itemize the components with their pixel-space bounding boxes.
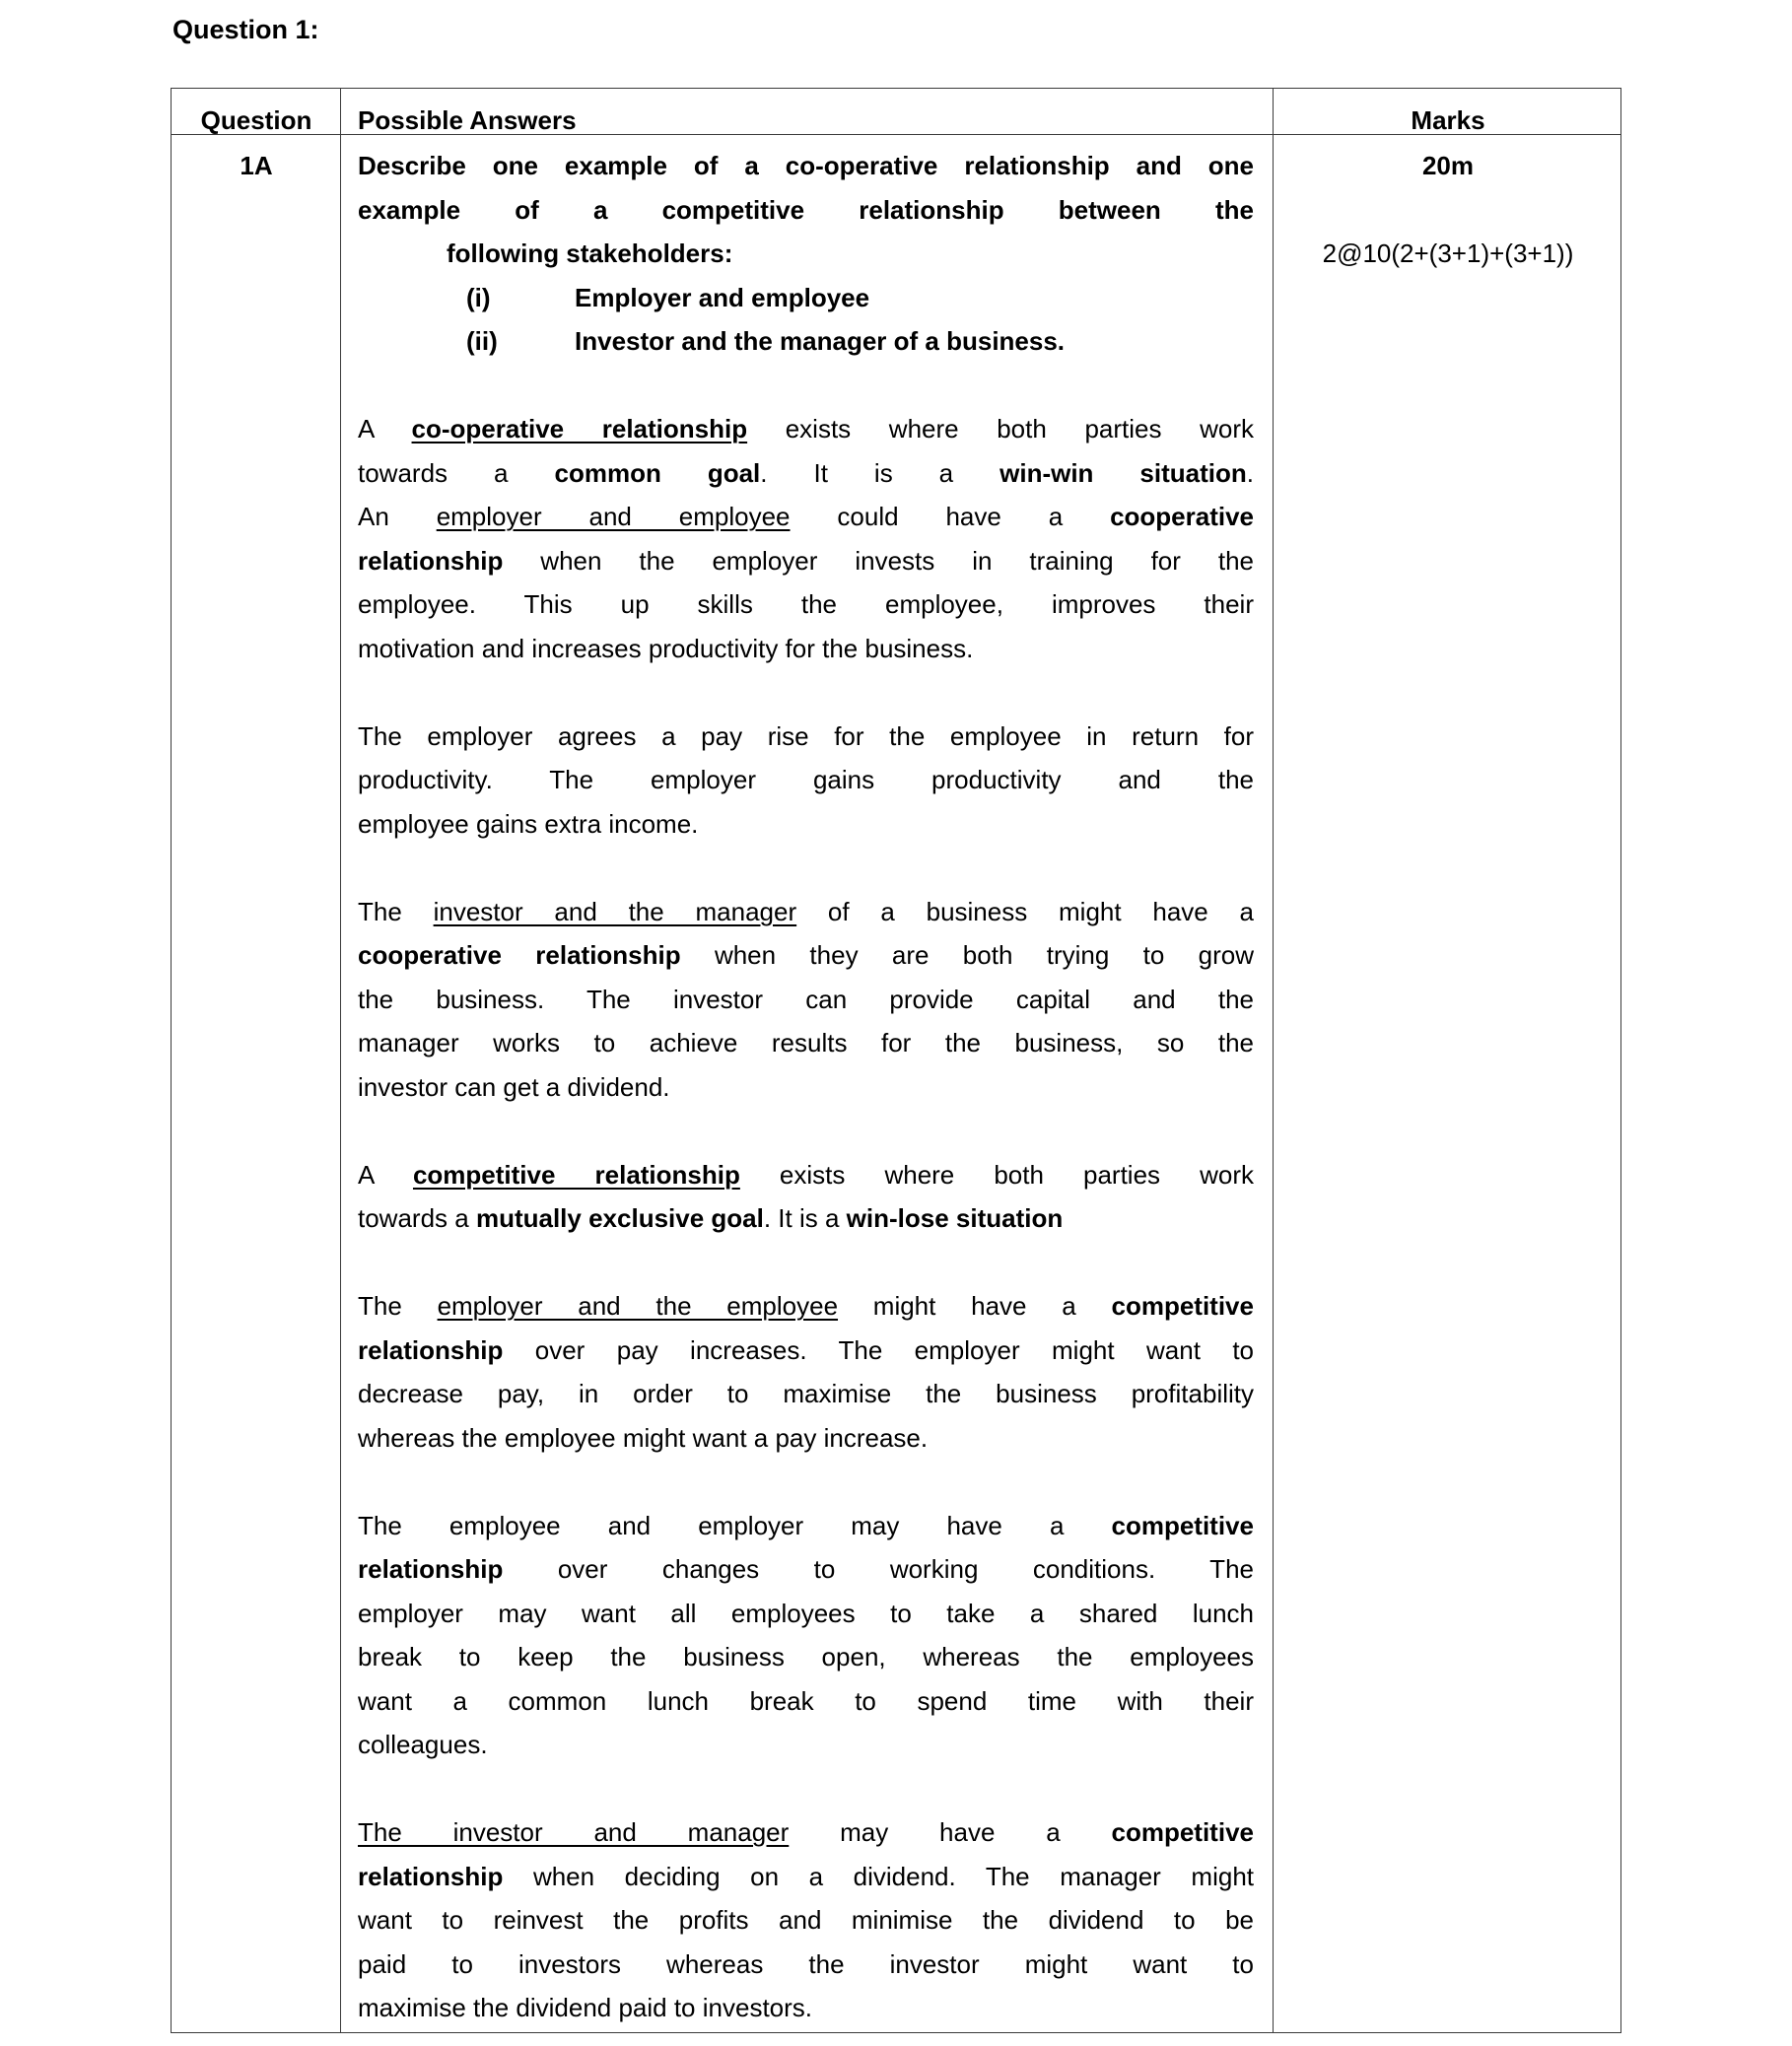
answer-line: relationship when the employer invests i… xyxy=(358,539,1254,583)
prompt-line: following stakeholders: xyxy=(358,232,1254,276)
answer-line: productivity. The employer gains product… xyxy=(358,758,1254,802)
underlined-text: employer and employee xyxy=(437,502,791,531)
text-run: may have a xyxy=(789,1817,1111,1847)
spacer xyxy=(358,846,1254,890)
column-divider xyxy=(340,89,341,2032)
answer-line: break to keep the business open, whereas… xyxy=(358,1635,1254,1679)
answer-line: An employer and employee could have a co… xyxy=(358,495,1254,539)
underlined-text: employer and the employee xyxy=(438,1291,838,1321)
text-run: . xyxy=(1247,458,1254,488)
text-run: could have a xyxy=(791,502,1111,531)
answer-line: The investor and manager may have a comp… xyxy=(358,1810,1254,1855)
bold-text: common goal xyxy=(554,458,760,488)
text-run: The xyxy=(358,897,434,926)
spacer xyxy=(358,1109,1254,1153)
text-run: of a business might have a xyxy=(796,897,1254,926)
bold-text: win-win situation xyxy=(999,458,1247,488)
spacer xyxy=(358,670,1254,715)
text-run: employee. This up skills the employee, i… xyxy=(358,589,1254,619)
text-run: exists where both parties work xyxy=(740,1160,1254,1190)
text-run: An xyxy=(358,502,437,531)
bold-text: mutually exclusive goal xyxy=(476,1203,764,1233)
answer-line: The employer agrees a pay rise for the e… xyxy=(358,715,1254,759)
answer-paragraph: The investor and the manager of a busine… xyxy=(358,890,1254,1110)
bold-text: competitive xyxy=(1112,1511,1255,1540)
list-text: Employer and employee xyxy=(575,276,869,320)
answer-line: want to reinvest the profits and minimis… xyxy=(358,1898,1254,1943)
text-run: towards a xyxy=(358,458,554,488)
answer-line: relationship over changes to working con… xyxy=(358,1547,1254,1592)
text-run: productivity. The employer gains product… xyxy=(358,765,1254,794)
answer-line: The employer and the employee might have… xyxy=(358,1284,1254,1329)
text-run: over changes to working conditions. The xyxy=(503,1554,1254,1584)
answer-line: towards a common goal. It is a win-win s… xyxy=(358,451,1254,496)
answer-line: paid to investors whereas the investor m… xyxy=(358,1943,1254,1987)
text-run: want to reinvest the profits and minimis… xyxy=(358,1905,1254,1935)
marks-cell: 20m 2@10(2+(3+1)+(3+1)) xyxy=(1274,144,1622,276)
text-run: manager works to achieve results for the… xyxy=(358,1028,1254,1057)
text-run: The xyxy=(358,1291,438,1321)
spacer xyxy=(358,1460,1254,1504)
bold-text: relationship xyxy=(358,1862,503,1891)
answer-line: motivation and increases productivity fo… xyxy=(358,627,1254,671)
text-run: want a common lunch break to spend time … xyxy=(358,1686,1254,1716)
underlined-text: investor and the manager xyxy=(434,897,797,926)
header-possible-answers: Possible Answers xyxy=(358,99,1254,143)
prompt-list-item: (ii) Investor and the manager of a busin… xyxy=(358,319,1254,364)
text-run: exists where both parties work xyxy=(747,414,1254,443)
text-run: towards a xyxy=(358,1203,476,1233)
answers-cell: Describe one example of a co-operative r… xyxy=(358,144,1254,2030)
text-run: break to keep the business open, whereas… xyxy=(358,1642,1254,1671)
text-run: employee gains extra income. xyxy=(358,809,698,839)
text-run: when deciding on a dividend. The manager… xyxy=(503,1862,1254,1891)
answer-line: towards a mutually exclusive goal. It is… xyxy=(358,1196,1254,1241)
answer-paragraph: A competitive relationship exists where … xyxy=(358,1153,1254,1241)
answer-line: relationship over pay increases. The emp… xyxy=(358,1329,1254,1373)
bold-text: competitive xyxy=(1111,1291,1254,1321)
text-run: might have a xyxy=(838,1291,1111,1321)
answer-line: investor can get a dividend. xyxy=(358,1065,1254,1110)
answer-line: decrease pay, in order to maximise the b… xyxy=(358,1372,1254,1416)
answer-paragraph: The employer agrees a pay rise for the e… xyxy=(358,715,1254,847)
bold-text: cooperative xyxy=(1110,502,1254,531)
answer-line: The employee and employer may have a com… xyxy=(358,1504,1254,1548)
answer-line: the business. The investor can provide c… xyxy=(358,978,1254,1022)
answer-line: manager works to achieve results for the… xyxy=(358,1021,1254,1065)
text-run: investor can get a dividend. xyxy=(358,1072,670,1102)
spacer xyxy=(1274,188,1622,233)
answer-line: The investor and the manager of a busine… xyxy=(358,890,1254,934)
text-run: . It is a xyxy=(764,1203,847,1233)
answer-paragraph: A co-operative relationship exists where… xyxy=(358,407,1254,670)
answer-paragraphs: A co-operative relationship exists where… xyxy=(358,407,1254,2030)
answer-line: A competitive relationship exists where … xyxy=(358,1153,1254,1197)
header-marks: Marks xyxy=(1274,99,1622,143)
underlined-text: The investor and manager xyxy=(358,1817,789,1847)
column-divider xyxy=(1273,89,1274,2032)
answer-paragraph: The investor and manager may have a comp… xyxy=(358,1810,1254,2030)
text-run: when they are both trying to grow xyxy=(681,940,1254,970)
text-run: colleagues. xyxy=(358,1730,488,1759)
text-run: over pay increases. The employer might w… xyxy=(503,1335,1254,1365)
text-run: when the employer invests in training fo… xyxy=(503,546,1254,576)
page-title: Question 1: xyxy=(172,8,319,51)
answer-line: colleagues. xyxy=(358,1723,1254,1767)
text-run: employer may want all employees to take … xyxy=(358,1599,1254,1628)
answer-line: want a common lunch break to spend time … xyxy=(358,1679,1254,1724)
bold-text: cooperative relationship xyxy=(358,940,681,970)
question-id: 1A xyxy=(172,144,341,188)
answer-line: employer may want all employees to take … xyxy=(358,1592,1254,1636)
bold-text: relationship xyxy=(358,1554,503,1584)
bold-text: relationship xyxy=(358,1335,503,1365)
text-run: A xyxy=(358,1160,413,1190)
text-run: A xyxy=(358,414,412,443)
list-number: (i) xyxy=(358,276,575,320)
prompt-line: example of a competitive relationship be… xyxy=(358,188,1254,233)
bold-text: competitive xyxy=(1112,1817,1255,1847)
answer-paragraph: The employer and the employee might have… xyxy=(358,1284,1254,1460)
text-run: motivation and increases productivity fo… xyxy=(358,634,973,663)
list-number: (ii) xyxy=(358,319,575,364)
header-question: Question xyxy=(172,99,341,143)
answer-line: employee. This up skills the employee, i… xyxy=(358,582,1254,627)
mark-scheme-table: Question Possible Answers Marks 1A 20m 2… xyxy=(171,88,1621,2033)
text-run: decrease pay, in order to maximise the b… xyxy=(358,1379,1254,1408)
bold-text: relationship xyxy=(358,546,503,576)
spacer xyxy=(358,364,1254,408)
marks-total: 20m xyxy=(1274,144,1622,188)
bold-text: win-lose situation xyxy=(847,1203,1064,1233)
underlined-text: competitive relationship xyxy=(413,1160,740,1190)
answer-line: cooperative relationship when they are b… xyxy=(358,933,1254,978)
text-run: The employee and employer may have a xyxy=(358,1511,1112,1540)
spacer xyxy=(358,1241,1254,1285)
text-run: maximise the dividend paid to investors. xyxy=(358,1993,812,2022)
question-prompt: Describe one example of a co-operative r… xyxy=(358,144,1254,364)
marks-breakdown: 2@10(2+(3+1)+(3+1)) xyxy=(1274,232,1622,276)
answer-paragraph: The employee and employer may have a com… xyxy=(358,1504,1254,1767)
text-run: The employer agrees a pay rise for the e… xyxy=(358,721,1254,751)
spacer xyxy=(358,1767,1254,1811)
list-text: Investor and the manager of a business. xyxy=(575,319,1065,364)
underlined-text: co-operative relationship xyxy=(412,414,748,443)
text-run: . It is a xyxy=(760,458,999,488)
answer-line: A co-operative relationship exists where… xyxy=(358,407,1254,451)
text-run: whereas the employee might want a pay in… xyxy=(358,1423,928,1453)
text-run: the business. The investor can provide c… xyxy=(358,985,1254,1014)
answer-line: employee gains extra income. xyxy=(358,802,1254,847)
answer-line: maximise the dividend paid to investors. xyxy=(358,1986,1254,2030)
answer-line: relationship when deciding on a dividend… xyxy=(358,1855,1254,1899)
prompt-list-item: (i) Employer and employee xyxy=(358,276,1254,320)
text-run: paid to investors whereas the investor m… xyxy=(358,1949,1254,1979)
prompt-line: Describe one example of a co-operative r… xyxy=(358,144,1254,188)
answer-line: whereas the employee might want a pay in… xyxy=(358,1416,1254,1461)
